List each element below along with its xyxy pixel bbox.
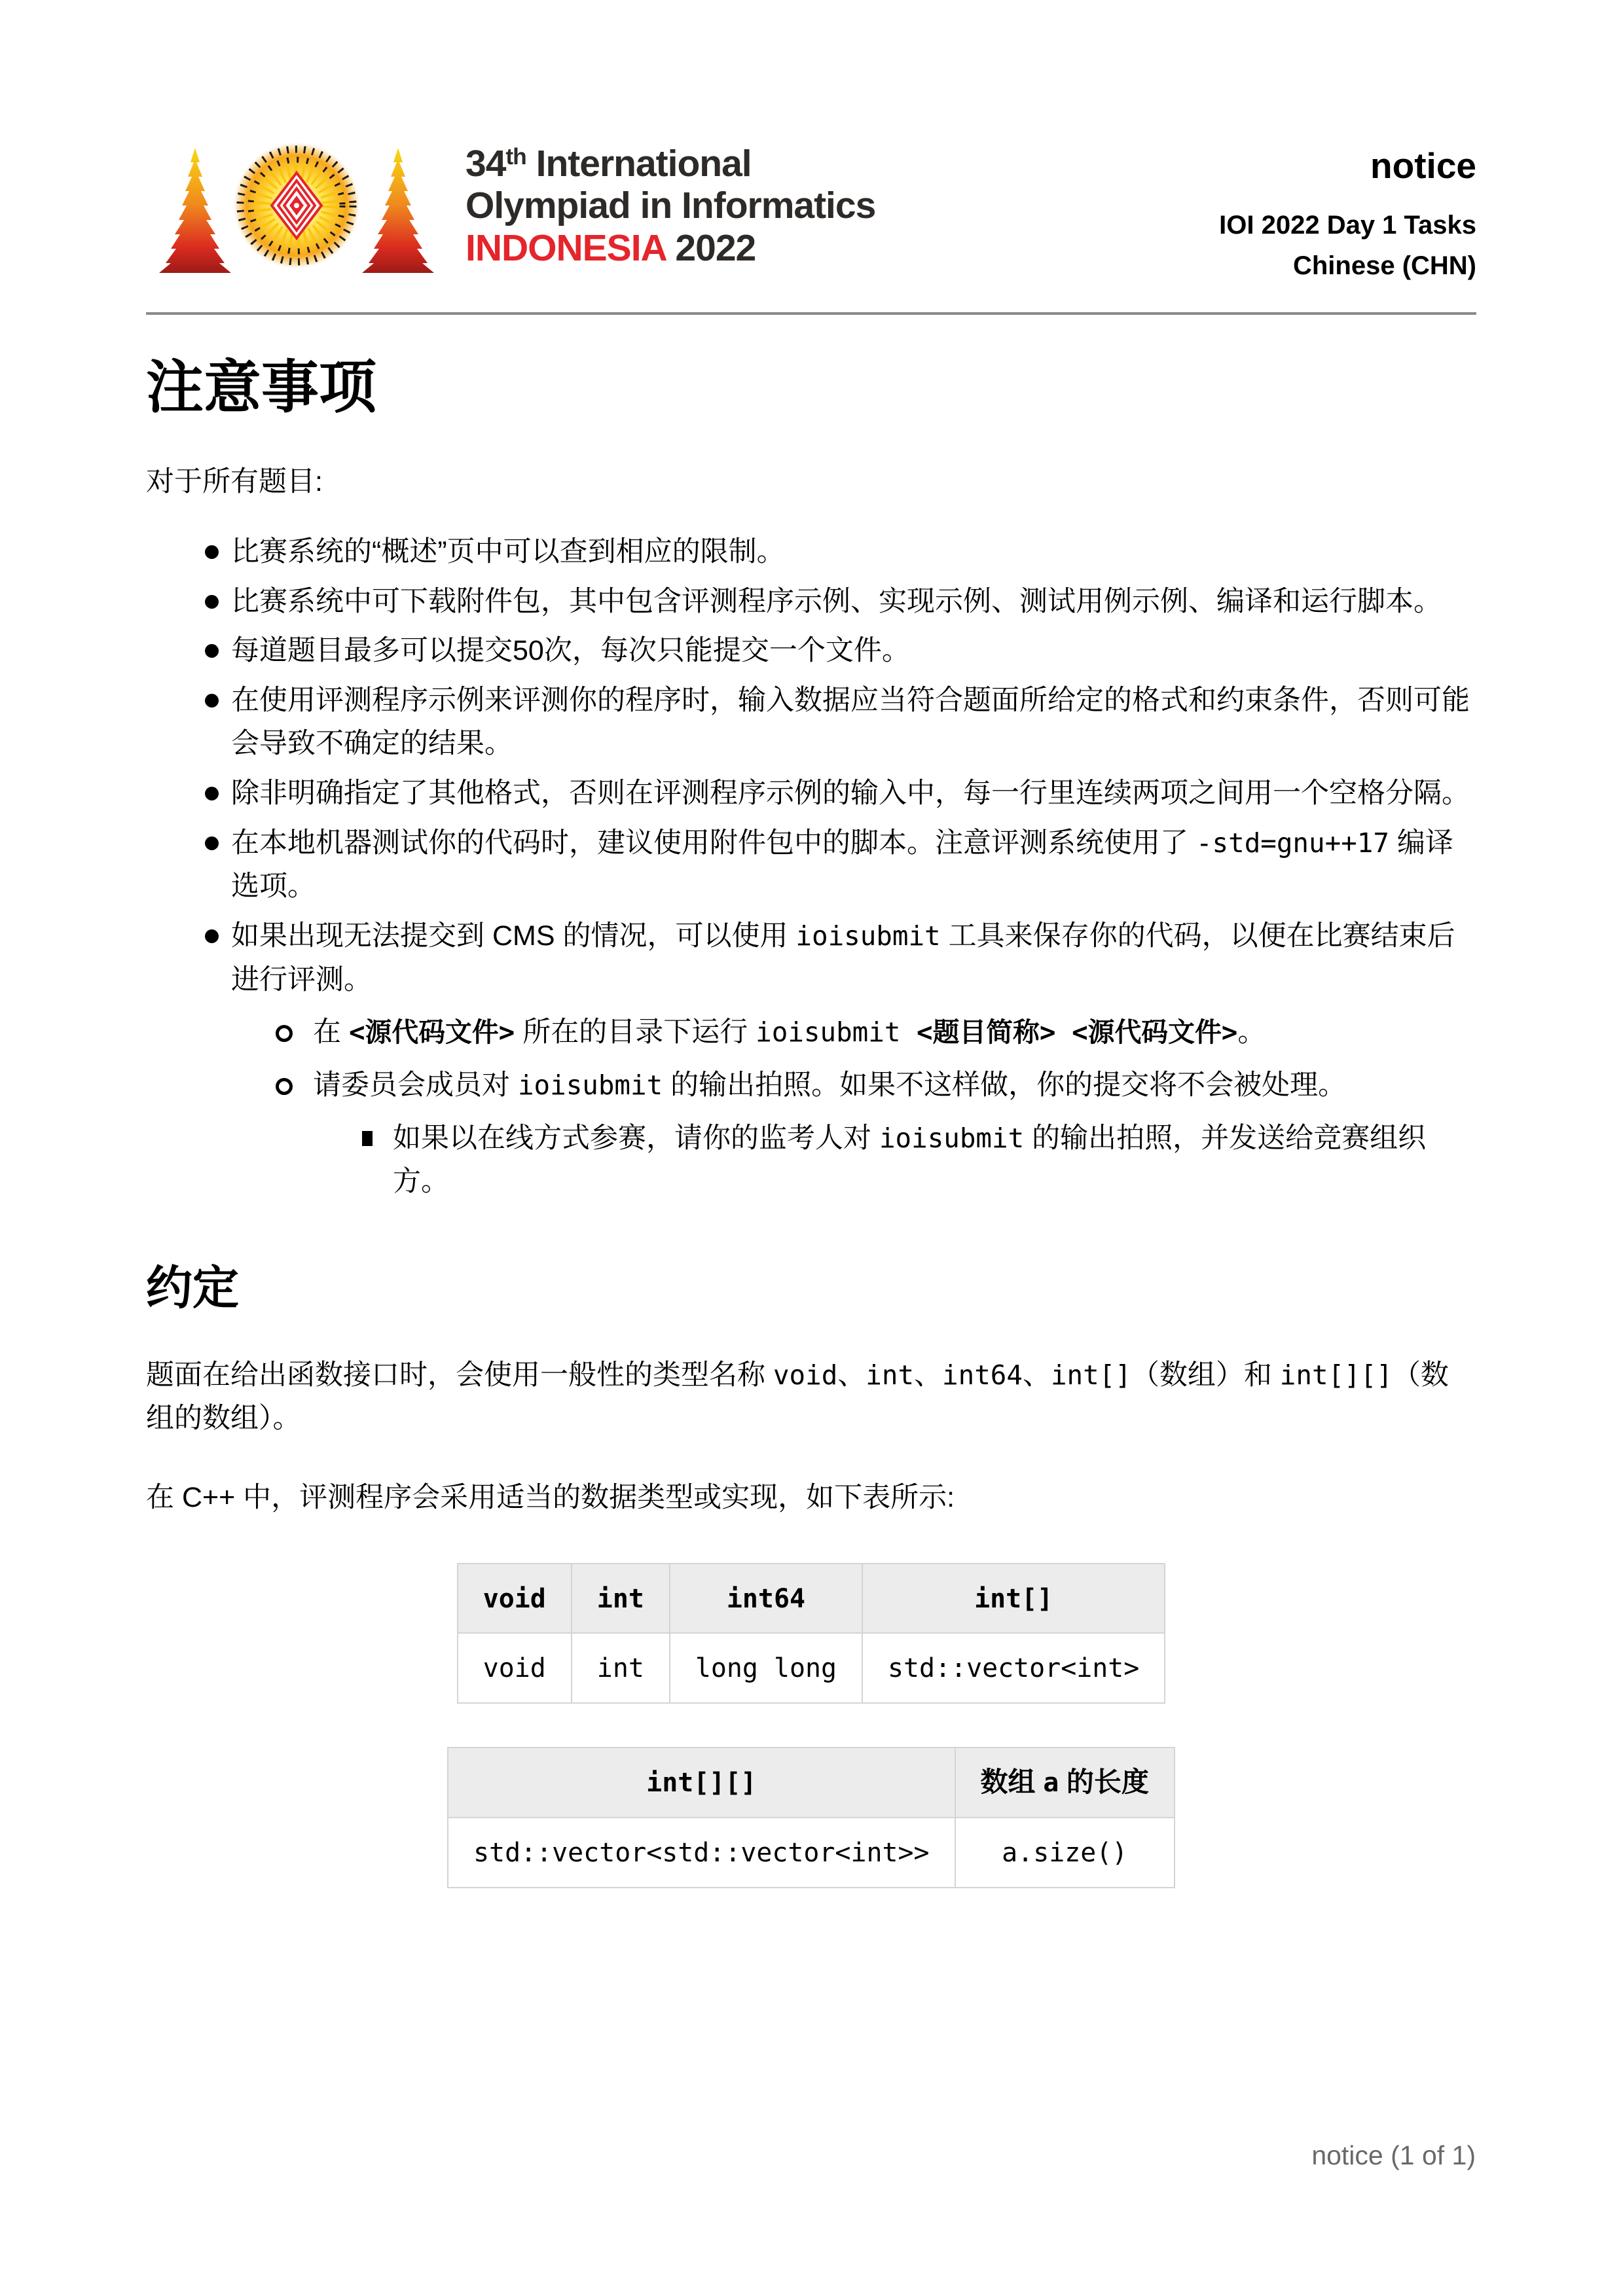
list-item-level-1: 比赛系统的“概述”页中可以查到相应的限制。 xyxy=(146,530,1476,574)
code-span: int[] xyxy=(974,1584,1053,1614)
header-divider xyxy=(146,312,1476,315)
logo-th-sup: th xyxy=(505,144,526,170)
table-header-cell: int[] xyxy=(862,1564,1165,1634)
table-header-row: int[][]数组 a 的长度 xyxy=(448,1748,1175,1818)
table-cell: int xyxy=(572,1633,670,1703)
logo-line-2: Olympiad in Informatics xyxy=(465,185,875,226)
notice-document-page: 34th International Olympiad in Informati… xyxy=(0,0,1623,2296)
ioi-logo-text: 34th International Olympiad in Informati… xyxy=(465,143,875,269)
bullet-marker xyxy=(205,694,219,708)
list-item-text: 除非明确指定了其他格式，否则在评测程序示例的输入中，每一行里连续两项之间用一个空… xyxy=(231,778,1470,809)
language-line: Chinese (CHN) xyxy=(1219,245,1476,286)
bullet-marker xyxy=(276,1025,293,1042)
list-item-level-1: 在本地机器测试你的代码时，建议使用附件包中的脚本。注意评测系统使用了 -std=… xyxy=(146,821,1476,908)
list-item-text: 如果出现无法提交到 CMS 的情况，可以使用 ioisubmit 工具来保存你的… xyxy=(231,920,1455,996)
text-span: 比赛系统的“概述”页中可以查到相应的限制。 xyxy=(231,536,785,567)
table-cell: std::vector<std::vector<int>> xyxy=(448,1818,955,1888)
section-title-conventions: 约定 xyxy=(146,1260,1476,1318)
document-title: notice xyxy=(1219,145,1476,187)
logo-international: International xyxy=(526,143,752,185)
table-row: std::vector<std::vector<int>>a.size() xyxy=(448,1818,1175,1888)
section-title-notices: 注意事项 xyxy=(146,353,1476,425)
text-span: 的长度 xyxy=(1059,1767,1149,1797)
list-item-level-1: 比赛系统中可下载附件包，其中包含评测程序示例、实现示例、测试用例示例、编译和运行… xyxy=(146,580,1476,624)
list-item-text: 每道题目最多可以提交50次，每次只能提交一个文件。 xyxy=(231,635,910,666)
code-span: -std=gnu++17 xyxy=(1196,827,1389,859)
code-span: int[][] xyxy=(1280,1359,1393,1391)
text-span: 题面在给出函数接口时，会使用一般性的类型名称 xyxy=(146,1359,773,1391)
logo-year: 2022 xyxy=(666,227,756,269)
text-span: 、 xyxy=(1023,1359,1051,1391)
table-header-cell: int xyxy=(572,1564,670,1634)
code-span: ioisubmit xyxy=(756,1016,917,1048)
text-span: 在 C++ 中，评测程序会采用适当的数据类型或实现，如下表所示: xyxy=(146,1482,955,1513)
list-item-level-3: 如果以在线方式参赛，请你的监考人对 ioisubmit 的输出拍照，并发送给竞赛… xyxy=(146,1117,1476,1204)
table-header-cell: int[][] xyxy=(448,1748,955,1818)
code-span: int xyxy=(866,1359,914,1391)
code-span: ioisubmit xyxy=(518,1069,663,1101)
type-table-1-wrap: voidintint64int[]voidintlong longstd::ve… xyxy=(146,1563,1476,1704)
text-span: 除非明确指定了其他格式，否则在评测程序示例的输入中，每一行里连续两项之间用一个空… xyxy=(231,778,1470,809)
logo-line-3: INDONESIA 2022 xyxy=(465,227,875,269)
tasks-line: IOI 2022 Day 1 Tasks xyxy=(1219,205,1476,245)
text-span: 在本地机器测试你的代码时，建议使用附件包中的脚本。注意评测系统使用了 xyxy=(231,827,1196,859)
text-span: 、 xyxy=(837,1359,866,1391)
bullet-marker xyxy=(205,836,219,850)
bullet-marker xyxy=(362,1131,373,1146)
intro-paragraph: 对于所有题目: xyxy=(146,460,1476,504)
ioi-logo-graphic xyxy=(146,139,447,273)
ioi-logo: 34th International Olympiad in Informati… xyxy=(146,139,875,273)
logo-34: 34 xyxy=(465,143,505,185)
code-span: int64 xyxy=(727,1584,805,1614)
code-span: int64 xyxy=(942,1359,1023,1391)
code-span: int[][] xyxy=(646,1768,756,1798)
text-span: 在 xyxy=(313,1016,349,1048)
code-span: ioisubmit xyxy=(795,920,940,952)
code-span: void xyxy=(483,1584,546,1614)
text-span: （数组）和 xyxy=(1131,1359,1280,1391)
table-cell: void xyxy=(458,1633,572,1703)
code-span: int xyxy=(597,1584,644,1614)
code-span xyxy=(1055,1016,1072,1048)
text-span: 如果以在线方式参赛，请你的监考人对 xyxy=(393,1122,879,1154)
text-span: 比赛系统中可下载附件包，其中包含评测程序示例、实现示例、测试用例示例、编译和运行… xyxy=(231,586,1442,617)
text-span: 请委员会成员对 xyxy=(313,1069,518,1101)
table-cell: a.size() xyxy=(955,1818,1175,1888)
text-span: 。 xyxy=(1237,1016,1266,1048)
code-span: ioisubmit xyxy=(879,1122,1024,1154)
list-item-text: 比赛系统中可下载附件包，其中包含评测程序示例、实现示例、测试用例示例、编译和运行… xyxy=(231,586,1442,617)
text-span: 的输出拍照。如果不这样做，你的提交将不会被处理。 xyxy=(663,1069,1346,1101)
bullet-marker xyxy=(276,1078,293,1095)
text-span: 如果出现无法提交到 CMS 的情况，可以使用 xyxy=(231,920,795,952)
code-span: <源代码文件> xyxy=(349,1016,515,1048)
bullet-marker xyxy=(205,787,219,800)
code-span: void xyxy=(483,1653,546,1683)
list-item-text: 在本地机器测试你的代码时，建议使用附件包中的脚本。注意评测系统使用了 -std=… xyxy=(231,827,1453,903)
table-cell: long long xyxy=(670,1633,862,1703)
conventions-paragraph-2: 在 C++ 中，评测程序会采用适当的数据类型或实现，如下表所示: xyxy=(146,1476,1476,1520)
code-span: void xyxy=(773,1359,837,1391)
code-span: a xyxy=(1043,1768,1059,1798)
table-cell: std::vector<int> xyxy=(862,1633,1165,1703)
list-item-level-1: 在使用评测程序示例来评测你的程序时，输入数据应当符合题面所给定的格式和约束条件，… xyxy=(146,679,1476,766)
text-span: 在使用评测程序示例来评测你的程序时，输入数据应当符合题面所给定的格式和约束条件，… xyxy=(231,685,1470,760)
conventions-paragraph-1: 题面在给出函数接口时，会使用一般性的类型名称 void、int、int64、in… xyxy=(146,1354,1476,1441)
type-mapping-table-2: int[][]数组 a 的长度std::vector<std::vector<i… xyxy=(447,1747,1175,1888)
table-row: voidintlong longstd::vector<int> xyxy=(458,1633,1165,1703)
page-number-label: notice (1 of 1) xyxy=(1311,2135,1476,2177)
table-header-cell: 数组 a 的长度 xyxy=(955,1748,1175,1818)
code-span: std::vector<int> xyxy=(888,1653,1139,1683)
bullet-marker xyxy=(205,929,219,943)
table-header-row: voidintint64int[] xyxy=(458,1564,1165,1634)
type-mapping-table-1: voidintint64int[]voidintlong longstd::ve… xyxy=(457,1563,1166,1704)
text-span: 每道题目最多可以提交50次，每次只能提交一个文件。 xyxy=(231,635,910,666)
code-span: a.size() xyxy=(1002,1838,1127,1868)
list-item-level-1: 每道题目最多可以提交50次，每次只能提交一个文件。 xyxy=(146,629,1476,673)
list-item-level-2: 在 <源代码文件> 所在的目录下运行 ioisubmit <题目简称> <源代码… xyxy=(146,1011,1476,1054)
list-item-text: 请委员会成员对 ioisubmit 的输出拍照。如果不这样做，你的提交将不会被处… xyxy=(313,1069,1346,1101)
bullet-marker xyxy=(205,595,219,609)
list-item-text: 如果以在线方式参赛，请你的监考人对 ioisubmit 的输出拍照，并发送给竞赛… xyxy=(393,1122,1426,1198)
list-item-text: 在使用评测程序示例来评测你的程序时，输入数据应当符合题面所给定的格式和约束条件，… xyxy=(231,685,1470,760)
text-span: 数组 xyxy=(981,1767,1044,1797)
logo-indonesia: INDONESIA xyxy=(465,227,666,269)
type-table-2-wrap: int[][]数组 a 的长度std::vector<std::vector<i… xyxy=(146,1747,1476,1888)
text-span: 所在的目录下运行 xyxy=(515,1016,756,1048)
page-header: 34th International Olympiad in Informati… xyxy=(146,139,1476,286)
bullet-marker xyxy=(205,644,219,658)
code-span: int xyxy=(597,1653,644,1683)
code-span: <题目简称> xyxy=(917,1016,1055,1048)
code-span: int[] xyxy=(1051,1359,1131,1391)
table-header-cell: void xyxy=(458,1564,572,1634)
list-item-level-2: 请委员会成员对 ioisubmit 的输出拍照。如果不这样做，你的提交将不会被处… xyxy=(146,1064,1476,1107)
text-span: 、 xyxy=(914,1359,942,1391)
code-span: std::vector<std::vector<int>> xyxy=(473,1838,929,1868)
table-header-cell: int64 xyxy=(670,1564,862,1634)
list-item-level-1: 如果出现无法提交到 CMS 的情况，可以使用 ioisubmit 工具来保存你的… xyxy=(146,914,1476,1001)
code-span: <源代码文件> xyxy=(1072,1016,1237,1048)
list-item-text: 比赛系统的“概述”页中可以查到相应的限制。 xyxy=(231,536,785,567)
list-item-text: 在 <源代码文件> 所在的目录下运行 ioisubmit <题目简称> <源代码… xyxy=(313,1016,1266,1048)
code-span: long long xyxy=(695,1653,837,1683)
document-meta: notice IOI 2022 Day 1 Tasks Chinese (CHN… xyxy=(1219,139,1476,286)
notice-bullet-list: 比赛系统的“概述”页中可以查到相应的限制。比赛系统中可下载附件包，其中包含评测程… xyxy=(146,530,1476,1204)
bullet-marker xyxy=(205,545,219,559)
list-item-level-1: 除非明确指定了其他格式，否则在评测程序示例的输入中，每一行里连续两项之间用一个空… xyxy=(146,772,1476,816)
logo-line-1: 34th International xyxy=(465,143,875,185)
